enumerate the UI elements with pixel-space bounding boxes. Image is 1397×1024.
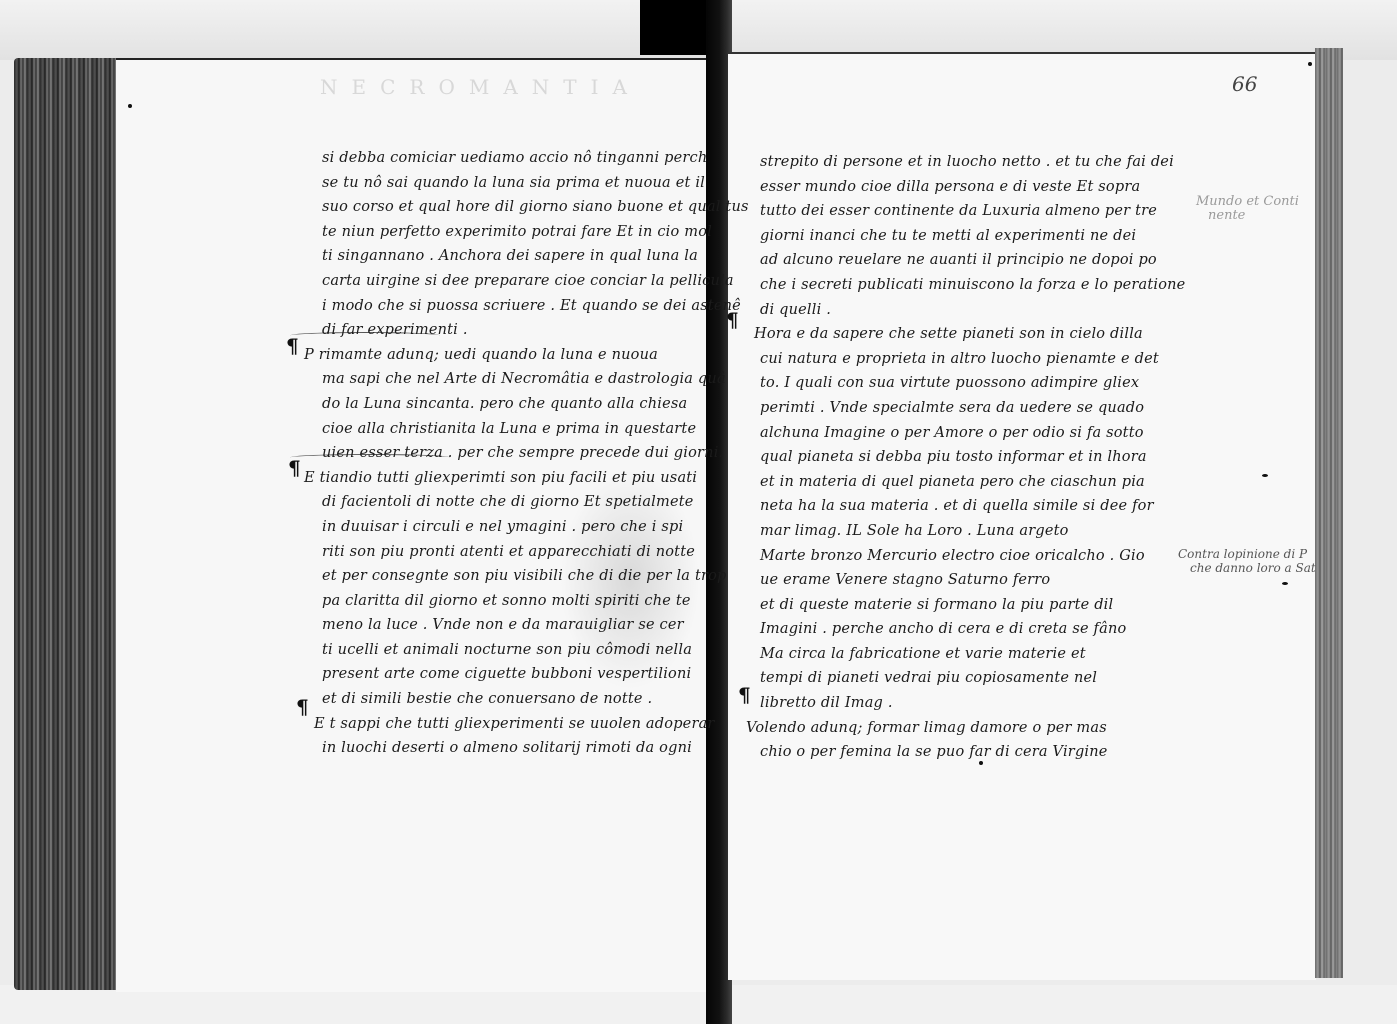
text-line: esser mundo cioe dilla persona e di vest…: [760, 175, 1140, 200]
text-line: strepito di persone et in luocho netto .…: [760, 150, 1140, 175]
pilcrow-mark: ¶: [738, 683, 751, 707]
text-line: in duuisar i circuli e nel ymagini . per…: [322, 515, 712, 540]
text-line: che i secreti publicati minuiscono la fo…: [760, 273, 1140, 298]
gutter-shadow-top: [640, 0, 710, 55]
margin-note: Contra lopinione di P che danno loro a S…: [1178, 547, 1316, 575]
text-line: pa claritta dil giorno et sonno molti sp…: [322, 589, 712, 614]
text-line: mar limag. IL Sole ha Loro . Luna argeto: [760, 519, 1140, 544]
text-line: ti ucelli et animali nocturne son piu cô…: [322, 638, 712, 663]
text-line: E tiandio tutti gliexperimti son piu fac…: [304, 466, 712, 491]
text-line: E t sappi che tutti gliexperimenti se uu…: [314, 712, 712, 737]
text-line: ad alcuno reuelare ne auanti il principi…: [760, 248, 1140, 273]
ink-speck: [979, 761, 983, 765]
text-line: in luochi deserti o almeno solitarij rim…: [322, 736, 712, 761]
left-page-fore-edge: [14, 58, 118, 990]
text-line: Marte bronzo Mercurio electro cioe orica…: [760, 544, 1140, 569]
text-line: Imagini . perche ancho di cera e di cret…: [760, 617, 1140, 642]
text-line: ma sapi che nel Arte di Necromâtia e das…: [322, 367, 712, 392]
text-line: present arte come ciguette bubboni vespe…: [322, 662, 712, 687]
text-line: giorni inanci che tu te metti al experim…: [760, 224, 1140, 249]
text-line: Hora e da sapere che sette pianeti son i…: [754, 322, 1140, 347]
text-line: chio o per femina la se puo far di cera …: [760, 740, 1140, 765]
text-line: et per consegnte son piu visibili che di…: [322, 564, 712, 589]
text-line: ue erame Venere stagno Saturno ferro: [760, 568, 1140, 593]
text-line: Volendo adunq; formar limag damore o per…: [746, 716, 1140, 741]
ink-speck: [1308, 62, 1312, 66]
text-line: do la Luna sincanta. pero che quanto all…: [322, 392, 712, 417]
ink-speck: [128, 104, 132, 108]
right-page-text: strepito di persone et in luocho netto .…: [760, 150, 1140, 765]
text-line: ti singannano . Anchora dei sapere in qu…: [322, 244, 712, 269]
text-line: di far experimenti .: [322, 318, 712, 343]
text-line: alchuna Imagine o per Amore o per odio s…: [760, 421, 1140, 446]
text-line: te niun perfetto experimito potrai fare …: [322, 220, 712, 245]
text-line: carta uirgine si dee preparare cioe conc…: [322, 269, 712, 294]
text-line: neta ha la sua materia . et di quella si…: [760, 494, 1140, 519]
text-line: tempi di pianeti vedrai piu copiosamente…: [760, 666, 1140, 691]
text-line: qual pianeta si debba piu tosto informar…: [760, 445, 1140, 470]
text-line: tutto dei esser continente da Luxuria al…: [760, 199, 1140, 224]
text-line: cioe alla christianita la Luna e prima i…: [322, 417, 712, 442]
text-line: Ma circa la fabricatione et varie materi…: [760, 642, 1140, 667]
text-line: perimti . Vnde specialmte sera da uedere…: [760, 396, 1140, 421]
pilcrow-mark: ¶: [296, 695, 309, 719]
text-line: et di queste materie si formano la piu p…: [760, 593, 1140, 618]
margin-note: Mundo et Conti nente: [1196, 195, 1299, 223]
text-line: et di simili bestie che conuersano de no…: [322, 687, 712, 712]
text-line: di quelli .: [760, 298, 1140, 323]
text-line: se tu nô sai quando la luna sia prima et…: [322, 171, 712, 196]
text-line: meno la luce . Vnde non e da marauigliar…: [322, 613, 712, 638]
text-line: et in materia di quel pianeta pero che c…: [760, 470, 1140, 495]
right-page-fore-edge: [1315, 48, 1343, 978]
text-line: riti son piu pronti atenti et apparecchi…: [322, 540, 712, 565]
text-line: to. I quali con sua virtute puossono adi…: [760, 371, 1140, 396]
text-line: P rimamte adunq; uedi quando la luna e n…: [304, 343, 712, 368]
text-line: libretto dil Imag .: [760, 691, 1140, 716]
text-line: di facientoli di notte che di giorno Et …: [322, 490, 712, 515]
text-line: si debba comiciar uediamo accio nô tinga…: [322, 146, 712, 171]
ghost-header: NECROMANTIA: [320, 75, 640, 99]
folio-number: 66: [1232, 72, 1257, 96]
text-line: cui natura e proprieta in altro luocho p…: [760, 347, 1140, 372]
pilcrow-mark: ¶: [726, 308, 739, 332]
text-line: suo corso et qual hore dil giorno siano …: [322, 195, 712, 220]
ink-speck: [1282, 582, 1288, 585]
text-line: uien esser terza . per che sempre preced…: [322, 441, 712, 466]
ink-speck: [1262, 474, 1268, 477]
text-line: i modo che si puossa scriuere . Et quand…: [322, 294, 712, 319]
left-page-text: si debba comiciar uediamo accio nô tinga…: [322, 146, 712, 761]
